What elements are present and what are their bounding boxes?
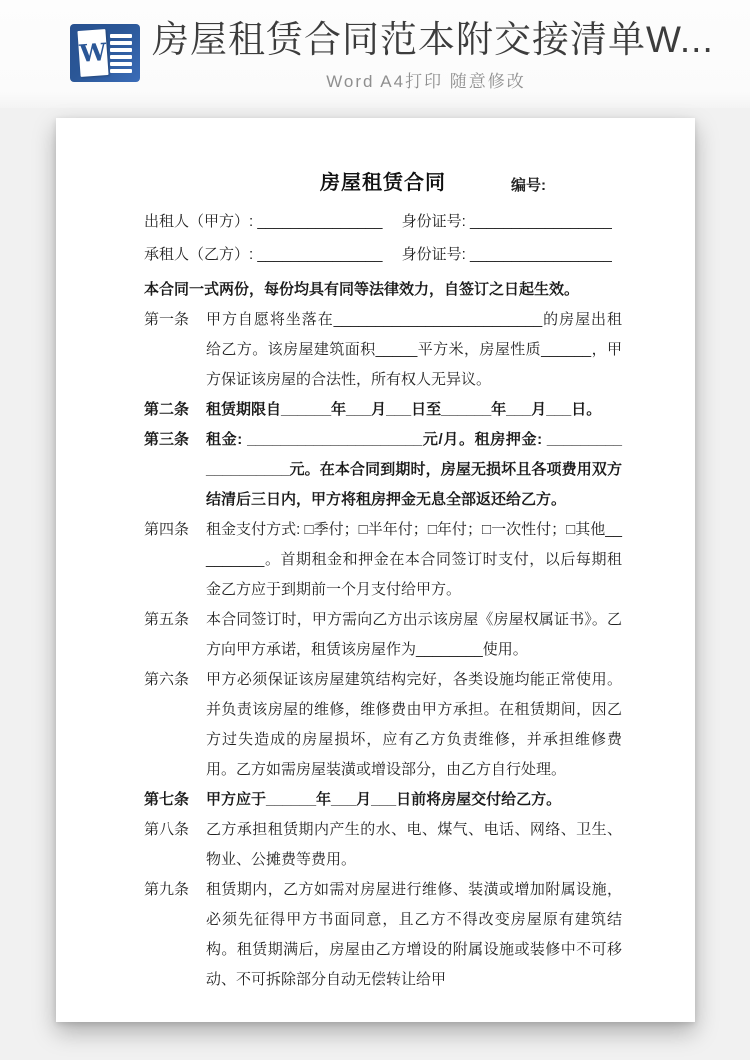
- clause-text: 乙方承担租赁期内产生的水、电、煤气、电话、网络、卫生、物业、公摊费等费用。: [206, 815, 622, 875]
- page-title: 房屋租赁合同范本附交接清单W...: [152, 16, 700, 64]
- party-line: 出租人（甲方）: _______________ 身份证号: _________…: [144, 206, 622, 239]
- clause-text: 租赁期限自______年___月___日至______年___月___日。: [206, 395, 622, 425]
- clause-label: 第四条: [144, 515, 191, 605]
- clause-row: 第一条 甲方自愿将坐落在_________________________的房屋…: [144, 305, 622, 395]
- clause-row: 第二条 租赁期限自______年___月___日至______年___月___日…: [144, 395, 622, 425]
- contract-page: 房屋租赁合同 编号: 出租人（甲方）: _______________ 身份证号…: [56, 118, 695, 1022]
- clause-label: 第六条: [144, 665, 191, 785]
- clause-label: 第三条: [144, 425, 191, 515]
- document-area: 房屋租赁合同 编号: 出租人（甲方）: _______________ 身份证号…: [0, 108, 750, 1060]
- clause-label: 第二条: [144, 395, 191, 425]
- contract-title: 房屋租赁合同: [320, 168, 446, 198]
- clause-row: 第三条 租金: _____________________元/月。租房押金: _…: [144, 425, 622, 515]
- clause-row: 第四条 租金支付方式: □季付；□半年付；□年付；□一次性付；□其他______…: [144, 515, 622, 605]
- clause-label: 第七条: [144, 785, 191, 815]
- clause-text: 租赁期内，乙方如需对房屋进行维修、装潢或增加附属设施，必须先征得甲方书面同意，且…: [206, 875, 622, 995]
- page-subtitle: Word A4打印 随意修改: [152, 67, 700, 92]
- clause-text: 租金: _____________________元/月。租房押金: _____…: [206, 425, 622, 515]
- clause-list: 第一条 甲方自愿将坐落在_________________________的房屋…: [144, 305, 622, 995]
- clause-label: 第八条: [144, 815, 191, 875]
- clause-row: 第六条 甲方必须保证该房屋建筑结构完好，各类设施均能正常使用。并负责该房屋的维修…: [144, 665, 622, 785]
- word-icon: W: [70, 24, 140, 82]
- contract-number-label: 编号:: [511, 174, 546, 195]
- clause-label: 第五条: [144, 605, 191, 665]
- clause-text: 甲方应于______年___月___日前将房屋交付给乙方。: [206, 785, 622, 815]
- party-lines: 出租人（甲方）: _______________ 身份证号: _________…: [144, 206, 622, 271]
- clause-row: 第七条 甲方应于______年___月___日前将房屋交付给乙方。: [144, 785, 622, 815]
- clause-row: 第五条 本合同签订时，甲方需向乙方出示该房屋《房屋权属证书》。乙方向甲方承诺，租…: [144, 605, 622, 665]
- contract-title-row: 房屋租赁合同 编号:: [144, 168, 622, 198]
- clause-text: 甲方必须保证该房屋建筑结构完好，各类设施均能正常使用。并负责该房屋的维修，维修费…: [206, 665, 622, 785]
- clause-text: 甲方自愿将坐落在_________________________的房屋出租给乙…: [206, 305, 622, 395]
- clause-label: 第一条: [144, 305, 191, 395]
- clause-label: 第九条: [144, 875, 191, 995]
- site-header: W 房屋租赁合同范本附交接清单W... Word A4打印 随意修改: [0, 0, 750, 108]
- clause-text: 本合同签订时，甲方需向乙方出示该房屋《房屋权属证书》。乙方向甲方承诺，租赁该房屋…: [206, 605, 622, 665]
- word-icon-letter: W: [79, 40, 108, 66]
- party-line: 承租人（乙方）: _______________ 身份证号: _________…: [144, 239, 622, 272]
- word-icon-doc-lines: [110, 34, 132, 73]
- clause-row: 第九条 租赁期内，乙方如需对房屋进行维修、装潢或增加附属设施，必须先征得甲方书面…: [144, 875, 622, 995]
- contract-intro: 本合同一式两份，每份均具有同等法律效力，自签订之日起生效。: [144, 275, 622, 305]
- header-text: 房屋租赁合同范本附交接清单W... Word A4打印 随意修改: [152, 16, 700, 92]
- clause-text: 租金支付方式: □季付；□半年付；□年付；□一次性付；□其他_________。…: [206, 515, 622, 605]
- clause-row: 第八条 乙方承担租赁期内产生的水、电、煤气、电话、网络、卫生、物业、公摊费等费用…: [144, 815, 622, 875]
- word-icon-page: W: [77, 29, 108, 77]
